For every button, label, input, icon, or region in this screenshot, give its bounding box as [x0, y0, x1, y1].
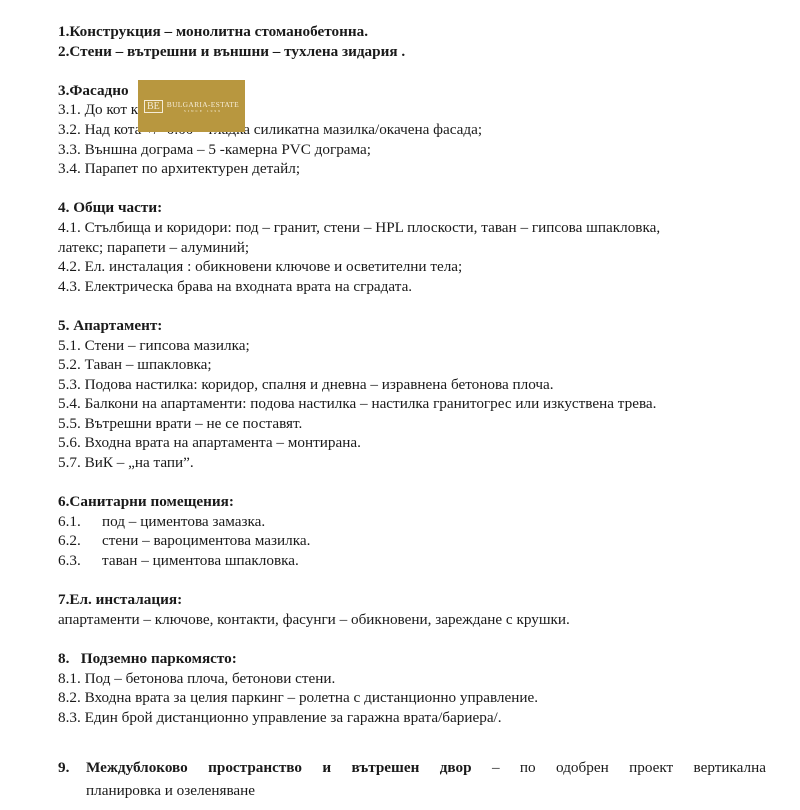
item-text: стени – вароциментова мазилка.: [102, 532, 310, 549]
list-item: 5.2. Таван – шпакловка;: [58, 355, 768, 375]
list-item: 8.3. Един брой дистанционно управление з…: [58, 708, 768, 728]
document-page: 1.Конструкция – монолитна стоманобетонна…: [58, 22, 768, 802]
list-item: 5.1. Стени – гипсова мазилка;: [58, 336, 768, 356]
watermark: BE BULGARIA-ESTATE SINCE 1999: [138, 80, 245, 132]
brand-tagline: SINCE 1999: [184, 109, 222, 113]
list-item: 6.2.стени – вароциментова мазилка.: [58, 531, 768, 551]
section-9-text-cont: планировка и озеленяване: [86, 779, 766, 802]
section-9-text: – по одобрен проект вертикална: [472, 759, 766, 776]
list-item: 6.3.таван – циментова шпакловка.: [58, 551, 768, 571]
item-text: под – циментова замазка.: [102, 513, 265, 530]
list-item: 8.1. Под – бетонова плоча, бетонови стен…: [58, 669, 768, 689]
brand-logo-icon: BE: [144, 100, 163, 113]
section-7-title: 7.Ел. инсталация:: [58, 590, 768, 610]
section-7-text: апартаменти – ключове, контакти, фасунги…: [58, 610, 768, 630]
section-5-title: 5. Апартамент:: [58, 316, 768, 336]
list-item: 3.4. Парапет по архитектурен детайл;: [58, 159, 768, 179]
item-text: таван – циментова шпакловка.: [102, 552, 299, 569]
section-2: 2.Стени – вътрешни и външни – тухлена зи…: [58, 42, 768, 62]
section-8-title: 8. Подземно паркомясто:: [58, 649, 768, 669]
list-item: 4.3. Електрическа брава на входната врат…: [58, 277, 768, 297]
item-number: 6.1.: [58, 512, 102, 532]
section-6-title: 6.Санитарни помещения:: [58, 492, 768, 512]
section-9: 9. Междублоково пространство и вътрешен …: [58, 756, 768, 802]
list-item: 5.7. ВиК – „на тапи”.: [58, 453, 768, 473]
item-number: 6.2.: [58, 531, 102, 551]
list-item: 4.2. Ел. инсталация : обикновени ключове…: [58, 257, 768, 277]
list-item: 3.3. Външна дограма – 5 -камерна PVC дог…: [58, 140, 768, 160]
list-item: 5.4. Балкони на апартаменти: подова наст…: [58, 394, 768, 414]
section-4-title: 4. Общи части:: [58, 198, 768, 218]
list-item: 5.5. Вътрешни врати – не се поставят.: [58, 414, 768, 434]
list-item: 4.1. Стълбища и коридори: под – гранит, …: [58, 218, 768, 238]
list-item: латекс; парапети – алуминий;: [58, 238, 768, 258]
list-item: 5.6. Входна врата на апартамента – монти…: [58, 433, 768, 453]
list-item: 8.2. Входна врата за целия паркинг – рол…: [58, 688, 768, 708]
section-9-title: Междублоково пространство и вътрешен дво…: [86, 759, 472, 776]
list-item: 5.3. Подова настилка: коридор, спалня и …: [58, 375, 768, 395]
section-9-number: 9.: [58, 756, 86, 802]
section-1: 1.Конструкция – монолитна стоманобетонна…: [58, 22, 768, 42]
item-number: 6.3.: [58, 551, 102, 571]
list-item: 6.1.под – циментова замазка.: [58, 512, 768, 532]
brand-name: BULGARIA-ESTATE: [167, 100, 239, 109]
